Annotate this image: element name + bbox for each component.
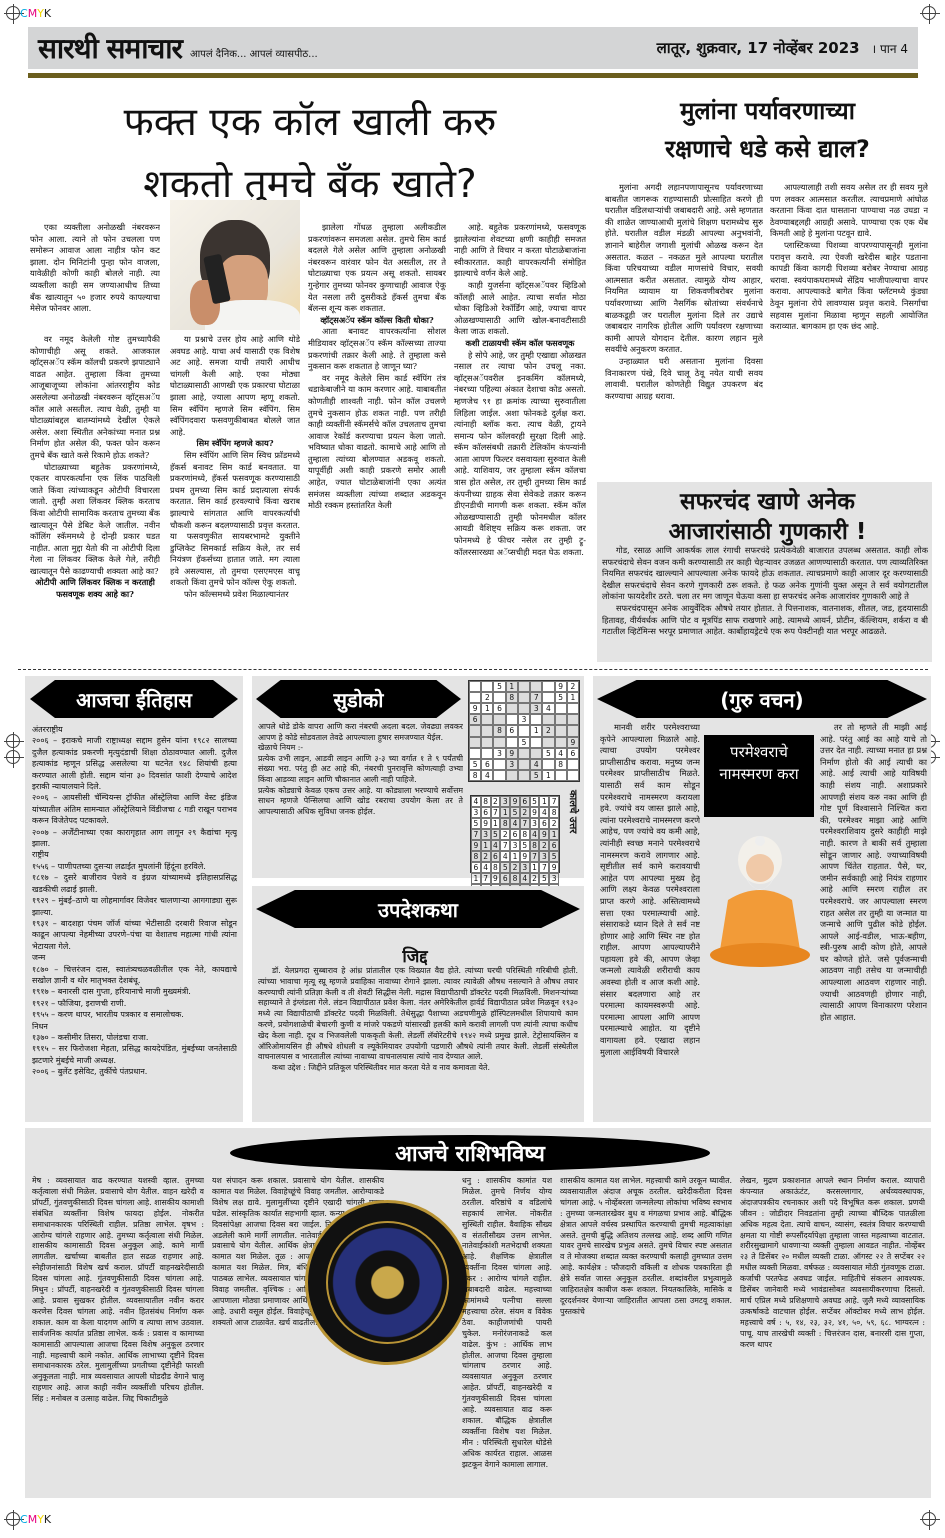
sudoku-cell[interactable] xyxy=(530,748,542,759)
sudoku-cell: 8 xyxy=(500,818,510,829)
bank-article-col1a: एका व्यक्तीला अनोळखी नंबरवरून फोन आला. त… xyxy=(30,222,160,332)
bank-article-col1: वर नमूद केलेली गोष्ट तुमच्यापैकी कोणाचीह… xyxy=(30,334,160,652)
sudoku-cell[interactable]: 7 xyxy=(530,692,542,703)
horoscope-col1: मेष : व्यवसायात वाढ करण्यात यशस्वी व्हाल… xyxy=(32,1176,204,1494)
sudoku-cell[interactable] xyxy=(555,703,567,714)
sudoku-cell[interactable] xyxy=(493,759,505,770)
sudoku-cell[interactable] xyxy=(469,681,481,692)
sudoku-cell: 3 xyxy=(510,840,520,851)
sudoku-cell: 1 xyxy=(471,873,481,884)
sudoku-cell: 9 xyxy=(481,818,491,829)
sudoku-cell[interactable]: 9 xyxy=(469,703,481,714)
sudoku-cell[interactable] xyxy=(469,737,481,748)
guru-banner: (गुरु वचन) xyxy=(597,680,927,718)
sudoku-cell: 2 xyxy=(539,840,549,851)
sudoku-cell: 6 xyxy=(500,873,510,884)
sudoku-cell[interactable]: 5 xyxy=(542,748,554,759)
bank-subhead-simswap: सिम स्वॅपिंग म्हणजे काय? xyxy=(170,438,300,450)
bank-subhead-whatsapp: व्हॉट्सअॅप स्कॅम कॉल्स किती धोका? xyxy=(308,315,446,327)
sudoku-cell: 3 xyxy=(549,873,559,884)
sudoku-cell[interactable] xyxy=(555,725,567,736)
sudoku-cell[interactable] xyxy=(567,703,579,714)
dateline: लातूर, शुक्रवार, 17 नोव्हेंबर 2023 xyxy=(657,38,860,58)
sudoku-cell[interactable]: 1 xyxy=(530,725,542,736)
sudoku-cell[interactable] xyxy=(506,714,518,725)
sudoku-cell[interactable]: 8 xyxy=(469,770,481,781)
sudoku-cell[interactable]: 4 xyxy=(555,748,567,759)
sudoku-cell[interactable] xyxy=(506,770,518,781)
sudoku-cell: 5 xyxy=(549,851,559,862)
sudoku-cell: 1 xyxy=(510,851,520,862)
sudoku-cell: 7 xyxy=(530,851,540,862)
bank-subhead-avoid: कशी टाळायची स्कॅम कॉल फसवणूक xyxy=(454,338,586,350)
sudoku-cell: 7 xyxy=(520,818,530,829)
strawberry-body: गोड, रसाळ आणि आकर्षक लाल रंगाची सफरचंदे … xyxy=(602,545,928,660)
sudoku-cell: 9 xyxy=(539,829,549,840)
horoscope-col4: शासकीय कामात यश लाभेल. महत्त्वाची कामे उ… xyxy=(560,1176,732,1494)
sudoku-cell: 7 xyxy=(549,796,559,807)
sudoku-cell[interactable] xyxy=(469,692,481,703)
sudoku-cell[interactable] xyxy=(493,737,505,748)
sudoku-cell[interactable]: 5 xyxy=(469,759,481,770)
sudoku-cell[interactable]: 5 xyxy=(518,737,530,748)
environment-col1: मुलांना अगदी लहानपणापासूनच पर्यावरणाच्या… xyxy=(605,182,763,474)
registration-mark-icon xyxy=(922,1512,936,1526)
sudoku-cell[interactable]: 4 xyxy=(542,703,554,714)
sudoku-cell: 2 xyxy=(549,818,559,829)
tagline: आपलं दैनिक... आपलं व्यासपीठ... xyxy=(190,46,318,60)
masthead: सारथी समाचार आपलं दैनिक... आपलं व्यासपीठ… xyxy=(28,27,918,69)
sudoku-cell[interactable] xyxy=(493,770,505,781)
sudoku-instructions: आपले थोडे डोके वापरा आणि करा नंबरची अदला… xyxy=(258,722,463,874)
headline-environment: मुलांना पर्यावरणाच्या रक्षणाचे धडे कसे द… xyxy=(605,92,930,168)
section-divider xyxy=(18,669,928,670)
sudoku-cell: 1 xyxy=(539,796,549,807)
man-on-phone-photo xyxy=(170,200,300,330)
sudoku-cell[interactable]: 3 xyxy=(506,759,518,770)
sudoku-cell[interactable]: 2 xyxy=(542,725,554,736)
sudoku-cell[interactable]: 8 xyxy=(555,759,567,770)
sudoku-puzzle-grid[interactable]: 519228751916346386125939546563488451 xyxy=(468,680,580,782)
sudoku-cell[interactable]: 6 xyxy=(506,725,518,736)
registration-mark-icon xyxy=(6,750,20,764)
sudoku-cell[interactable] xyxy=(567,770,579,781)
sudoku-cell: 1 xyxy=(481,840,491,851)
sudoku-cell: 3 xyxy=(481,829,491,840)
sudoku-cell[interactable]: 5 xyxy=(555,692,567,703)
guru-callout: परमेश्वराचे नामस्मरण करा xyxy=(704,735,814,817)
sudoku-cell[interactable]: 6 xyxy=(469,714,481,725)
sudoku-cell[interactable] xyxy=(555,737,567,748)
sudoku-cell[interactable] xyxy=(555,714,567,725)
headline-strawberry: सफरचंद खाणे अनेक आजारांसाठी गुणकारी ! xyxy=(600,487,935,547)
environment-col2: आपल्यालाही तशी सवय असेल तर ही सवय मुले प… xyxy=(770,182,928,474)
sudoku-cell[interactable] xyxy=(530,714,542,725)
sudoku-cell[interactable] xyxy=(567,759,579,770)
sudoku-cell: 8 xyxy=(530,840,540,851)
sudoku-cell: 3 xyxy=(530,818,540,829)
sudoku-cell: 6 xyxy=(481,807,491,818)
sudoku-cell: 9 xyxy=(530,807,540,818)
sudoku-cell[interactable] xyxy=(530,681,542,692)
sudoku-cell[interactable] xyxy=(481,681,493,692)
sudoku-cell[interactable] xyxy=(567,725,579,736)
bank-article-col3: झालेला गोंधळ तुम्हाला अलीकडील प्रकरणांवर… xyxy=(308,222,446,652)
sudoku-cell[interactable]: 2 xyxy=(567,681,579,692)
sudoku-cell: 5 xyxy=(491,829,501,840)
sudoku-cell[interactable] xyxy=(542,692,554,703)
sudoku-cell: 3 xyxy=(520,862,530,873)
sudoku-cell: 6 xyxy=(510,829,520,840)
sudoku-cell[interactable]: 5 xyxy=(493,681,505,692)
sudoku-cell[interactable] xyxy=(481,714,493,725)
sudoku-cell[interactable]: 9 xyxy=(506,748,518,759)
sudoku-cell[interactable]: 3 xyxy=(493,748,505,759)
sudoku-cell: 1 xyxy=(500,807,510,818)
sudoku-cell: 4 xyxy=(471,796,481,807)
story-title: जिद्द xyxy=(255,944,575,967)
sudoku-cell: 5 xyxy=(520,840,530,851)
sudoku-cell: 8 xyxy=(549,807,559,818)
sudoku-cell: 4 xyxy=(520,873,530,884)
sudoku-cell: 6 xyxy=(549,840,559,851)
sudoku-cell: 3 xyxy=(500,796,510,807)
history-banner: आजचा ईतिहास xyxy=(30,680,238,718)
sudoku-cell[interactable]: 1 xyxy=(481,703,493,714)
cmyk-mark: CMYK xyxy=(20,1513,51,1526)
sudoku-cell: 1 xyxy=(530,862,540,873)
history-list: अंतरराष्ट्रीय २००६ – इराकचे माजी राष्ट्र… xyxy=(32,724,237,1119)
sudoku-cell: 1 xyxy=(549,829,559,840)
guru-col2: तर तो म्हणते ती माझी आई आहे. परंतु आई का… xyxy=(820,722,927,1118)
sudoku-cell: 8 xyxy=(520,829,530,840)
sudoku-cell: 2 xyxy=(520,807,530,818)
registration-mark-icon xyxy=(6,1512,20,1526)
sudoku-cell: 6 xyxy=(471,862,481,873)
sudoku-cell[interactable] xyxy=(518,681,530,692)
sudoku-cell[interactable] xyxy=(542,759,554,770)
sudoku-cell[interactable] xyxy=(518,748,530,759)
sudoku-cell[interactable]: 1 xyxy=(542,770,554,781)
sudoku-cell[interactable] xyxy=(530,737,542,748)
sudoku-cell: 4 xyxy=(481,862,491,873)
horoscope-col3: धनु : शासकीय कामांत यश मिळेल. तुमचे निर्… xyxy=(392,1176,552,1494)
upadesh-banner: उपदेशकथा xyxy=(256,890,580,928)
sudoku-cell[interactable]: 3 xyxy=(530,703,542,714)
sudoku-cell: 7 xyxy=(539,862,549,873)
sudoku-cell: 7 xyxy=(481,873,491,884)
sudoku-cell: 9 xyxy=(510,796,520,807)
page-number: । पान 4 xyxy=(872,40,908,57)
sudoku-cell: 6 xyxy=(491,851,501,862)
sudoku-cell: 5 xyxy=(530,796,540,807)
sudoku-cell[interactable]: 4 xyxy=(481,770,493,781)
sudoku-cell: 7 xyxy=(491,807,501,818)
bank-article-col4: आहे. बहुतेक प्रकरणांमध्ये, फसवणूक झालेल्… xyxy=(454,222,586,652)
horoscope-col5: लेखन, मुद्रण प्रकाशनात आपले स्थान निर्मा… xyxy=(740,1176,925,1494)
sudoku-cell[interactable] xyxy=(493,692,505,703)
sudoku-cell[interactable] xyxy=(469,748,481,759)
registration-mark-icon xyxy=(922,6,936,20)
guru-col1: मानवी शरीर परमेश्वराच्या कृपेने आपल्याला… xyxy=(600,722,700,1118)
sudoku-cell: 5 xyxy=(500,862,510,873)
sudoku-cell[interactable] xyxy=(493,714,505,725)
sudoku-cell[interactable] xyxy=(542,681,554,692)
upadesh-story: डॉ. येलप्रगदा सुब्बाराव हे आंध्र प्रांता… xyxy=(258,966,578,1118)
sudoku-cell: 4 xyxy=(510,818,520,829)
sudoku-cell[interactable] xyxy=(567,714,579,725)
sudoku-cell[interactable] xyxy=(481,725,493,736)
registration-mark-icon xyxy=(6,6,20,20)
sudoku-cell: 4 xyxy=(491,840,501,851)
sudoku-cell[interactable]: 2 xyxy=(481,692,493,703)
sudoku-cell[interactable]: 1 xyxy=(567,692,579,703)
sudoku-cell: 2 xyxy=(500,829,510,840)
meditating-sage-illustration xyxy=(700,830,820,970)
sudoku-cell: 2 xyxy=(510,862,520,873)
sudoku-cell[interactable]: 8 xyxy=(493,725,505,736)
sudoku-cell[interactable] xyxy=(518,703,530,714)
sudoku-cell: 2 xyxy=(530,873,540,884)
headline-bank-call: फक्त एक कॉल खाली करु शकतो तुमचे बँक खाते… xyxy=(40,92,580,216)
sudoku-cell[interactable]: 1 xyxy=(506,681,518,692)
sudoku-cell[interactable]: 6 xyxy=(493,703,505,714)
sudoku-cell[interactable] xyxy=(542,714,554,725)
sudoku-cell: 5 xyxy=(539,873,549,884)
sudoku-cell: 9 xyxy=(549,862,559,873)
sudoku-cell: 6 xyxy=(520,796,530,807)
sudoku-cell[interactable]: 4 xyxy=(530,759,542,770)
sudoku-cell[interactable] xyxy=(542,737,554,748)
masthead-rule xyxy=(28,73,918,78)
sudoku-cell[interactable]: 6 xyxy=(481,759,493,770)
sudoku-cell: 8 xyxy=(510,873,520,884)
sudoku-cell: 3 xyxy=(471,807,481,818)
registration-mark-icon xyxy=(6,734,20,748)
sudoku-cell[interactable]: 5 xyxy=(530,770,542,781)
cmyk-mark: CMYK xyxy=(20,7,51,20)
sudoku-cell: 9 xyxy=(471,840,481,851)
sudoku-cell[interactable] xyxy=(518,770,530,781)
sudoku-cell[interactable] xyxy=(481,737,493,748)
sudoku-cell: 1 xyxy=(491,818,501,829)
sudoku-cell[interactable] xyxy=(481,748,493,759)
sudoku-cell: 8 xyxy=(491,862,501,873)
sudoku-cell[interactable] xyxy=(506,703,518,714)
sudoku-cell: 2 xyxy=(481,851,491,862)
sudoku-cell: 7 xyxy=(500,840,510,851)
sudoku-answer-grid: 4823965173671529485918473627352684919147… xyxy=(470,795,560,873)
sudoku-cell[interactable]: 8 xyxy=(506,692,518,703)
newspaper-title: सारथी समाचार xyxy=(38,29,182,67)
sudoku-cell: 9 xyxy=(520,851,530,862)
sudoku-cell: 4 xyxy=(539,807,549,818)
sudoku-cell: 6 xyxy=(539,818,549,829)
bank-article-col2: या प्रश्नाचे उत्तर होय आहे आणि थोडे अवघड… xyxy=(170,334,300,652)
sudoku-cell: 9 xyxy=(491,873,501,884)
sudoku-cell[interactable] xyxy=(555,770,567,781)
bank-subhead-otp: ओटीपी आणि लिंकवर क्लिक न करताही फसवणूक श… xyxy=(30,577,160,600)
sudoku-cell[interactable]: 9 xyxy=(555,681,567,692)
sudoku-cell: 8 xyxy=(471,851,481,862)
sudoku-cell[interactable]: 3 xyxy=(518,714,530,725)
sudoku-cell: 5 xyxy=(510,807,520,818)
sudoku-cell: 2 xyxy=(491,796,501,807)
sudoku-cell: 4 xyxy=(500,851,510,862)
sudoku-cell: 3 xyxy=(539,851,549,862)
sudoku-cell[interactable] xyxy=(518,692,530,703)
sudoku-cell[interactable]: 6 xyxy=(567,748,579,759)
sudoku-cell: 5 xyxy=(471,818,481,829)
sudoku-banner: सुडोको xyxy=(256,680,461,718)
sudoku-cell: 7 xyxy=(471,829,481,840)
sudoku-cell[interactable] xyxy=(469,725,481,736)
sudoku-cell: 8 xyxy=(481,796,491,807)
sudoku-cell[interactable]: 9 xyxy=(567,737,579,748)
sudoku-cell[interactable] xyxy=(506,737,518,748)
horoscope-banner: आजचे राशिभविष्य xyxy=(230,1135,710,1171)
sudoku-cell: 4 xyxy=(530,829,540,840)
sudoku-answer-label: कालचे उत्तर xyxy=(565,790,579,833)
sudoku-cell[interactable] xyxy=(518,725,530,736)
sudoku-cell[interactable] xyxy=(518,759,530,770)
